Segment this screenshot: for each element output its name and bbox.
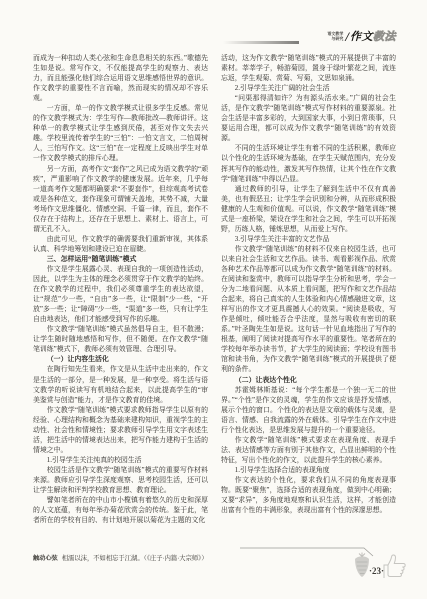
- paragraph: 不同的生活环境让学生有着不同的生活积累，教师应以个性化的生活环境为基础，在学生天…: [221, 144, 396, 184]
- page-number: ·23·: [369, 566, 384, 576]
- section-heading: （一）让内容生活化: [33, 355, 208, 365]
- column-title-outline: 教法: [373, 32, 396, 43]
- paragraph: 譬如笔者所在的中山市小榄镇有着悠久的历史和深厚的人文底蕴，有每年举办菊花欣赏会的…: [33, 496, 208, 526]
- footer-rule: [240, 548, 373, 556]
- brand-tagline: 语文教学与研究: [324, 32, 343, 41]
- paragraph: 作文教学“随笔训练”模式虽然倡导自主，但不散漫；让学生随时随地感悟和写作，但不随…: [33, 325, 208, 355]
- paragraph: 由此可见，作文教学的确需要我们重新审视，其体系认真、科学地筹划和建设已迫在眉睫。: [33, 235, 208, 255]
- paragraph: 作文教学“随笔训练”的材料不仅来自校园生活，也可以来自社会生活和文艺作品。读书、…: [221, 245, 396, 376]
- paragraph: “问渠那得清如许？为有源头活水来。”广阔的社会生活，是作文教学“随笔训练”模式写…: [221, 94, 396, 144]
- magazine-page: 语文教学与研究 / 作文 教法 而成为一种扣动人类心弦和生命息息相关的东西。”歌…: [0, 0, 427, 599]
- paragraph: 苏霍姆林斯基说：“每个学生都是一个独一无二的世界。”“个性”是作文的灵魂，学生的…: [221, 386, 396, 436]
- paragraph: 作文表达的个性化，要求我们从不同的角度表现事物。既要“聚焦”，选择合适的表现角度…: [221, 476, 396, 516]
- paragraph: 而成为一种扣动人类心弦和生命息息相关的东西。”歌德先生如是说。常写作文，不仅能提…: [33, 54, 208, 104]
- paragraph: 一方面，单一的作文教学模式让很多学生反感。常见的作文教学模式为：学生写作—教师批…: [33, 104, 208, 164]
- section-heading: 3.引导学生关注丰富的文艺作品: [221, 235, 396, 245]
- paragraph: 作文教学“随笔训练”模式要求在表现角度、表现手法、表达情感等方面有别于其他作文，…: [221, 436, 396, 466]
- header-gradient-rule: [223, 41, 299, 44]
- paragraph: 在陶行知先生看来，作文是从生活中走出来的，作文是生活的一部分，是一种发展，是一种…: [33, 365, 208, 405]
- column-brand: 语文教学与研究 / 作文 教法: [324, 30, 396, 43]
- paragraph: 另一方面，高考作文“套作”之风已成为语文教学的“顽疾”，严重影响了作文教学的健康…: [33, 165, 208, 235]
- section-heading: （二）让表达个性化: [221, 376, 396, 386]
- section-heading: 2.引导学生关注广阔的社会生活: [221, 84, 396, 94]
- thumbs-up-icon: [384, 555, 405, 578]
- footer-note: 触动心弦相濡以沫，不如相忘于江湖。（《庄子·内篇·大宗师》）: [33, 555, 208, 563]
- footer-note-label: 触动心弦: [33, 555, 58, 562]
- paragraph: 作文是学生展露心灵、表现自我的一项创造性活动，因此，以学生为主体的理念必须贯穿于…: [33, 265, 208, 325]
- paragraph: 作文教学“随笔训练”模式要求教师指导学生以原有的经验、心理结构和概念为基础来建构…: [33, 406, 208, 456]
- section-heading: 1.引导学生关注纯真的校园生活: [33, 456, 208, 466]
- article-body: 而成为一种扣动人类心弦和生命息息相关的东西。”歌德先生如是说。常写作文，不仅能提…: [33, 54, 396, 537]
- paragraph: 校园生活是作文教学“随笔训练”模式的重要写作材料来源。教师应引导学生深度观察、思…: [33, 466, 208, 496]
- left-column: 而成为一种扣动人类心弦和生命息息相关的东西。”歌德先生如是说。常写作文，不仅能提…: [33, 54, 208, 537]
- footer-note-quote: 相濡以沫，不如相忘于江湖。（《庄子·内篇·大宗师》）: [62, 555, 208, 562]
- brand-slash: /: [345, 30, 349, 43]
- section-heading: 1.引导学生选择合适的表现角度: [221, 466, 396, 476]
- column-title-bold: 作文: [350, 32, 373, 43]
- paragraph: 活动，这为作文教学“随笔训练”模式的开展提供了丰富的素材。莘莘学子，畅游菊园，置…: [221, 54, 396, 84]
- strawberry-icon: [355, 553, 369, 578]
- paragraph: 通过教师的引导，让学生了解到生活中不仅有真善美，也有假恶丑；让学生学会识别和分辨…: [221, 185, 396, 235]
- right-column: 活动，这为作文教学“随笔训练”模式的开展提供了丰富的素材。莘莘学子，畅游菊园，置…: [221, 54, 396, 537]
- footer-decoration: ·23·: [238, 540, 410, 586]
- page-header: 语文教学与研究 / 作文 教法: [0, 30, 396, 50]
- section-heading: 三、怎样运用“随笔训练”模式: [33, 255, 208, 265]
